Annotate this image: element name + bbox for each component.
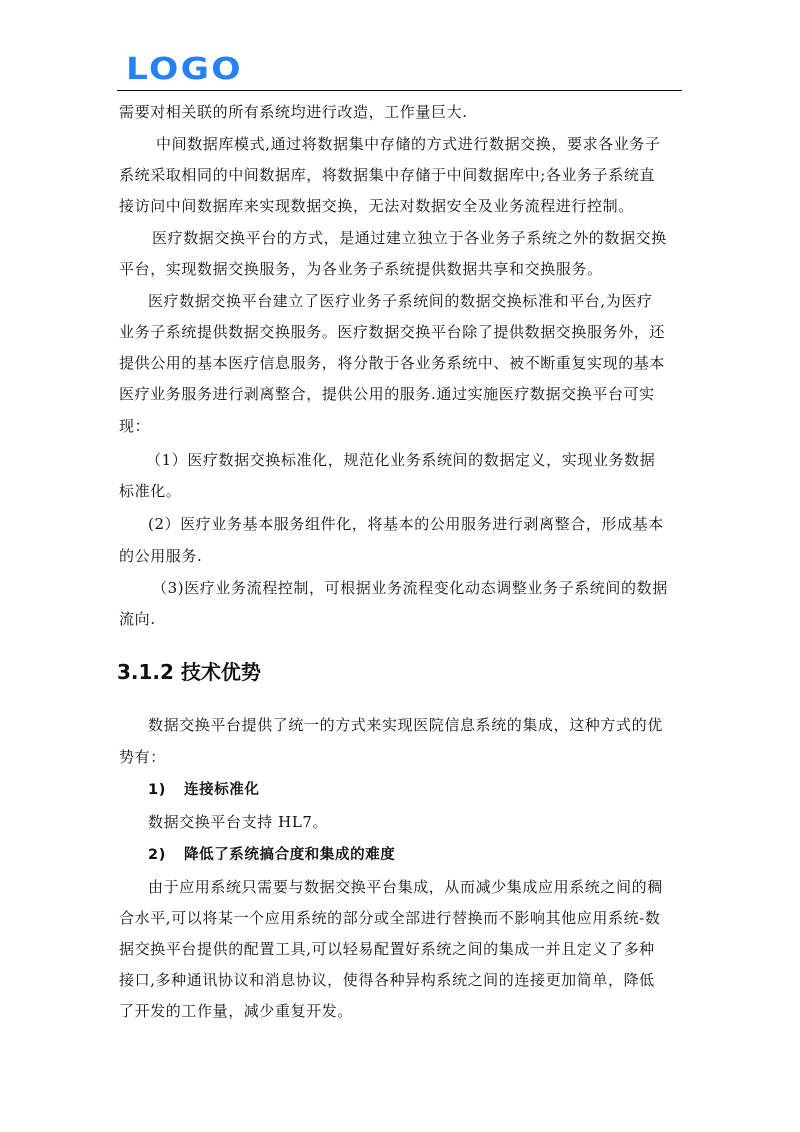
text-line: 合水平,可以将某一个应用系统的部分或全部进行替换而不影响其他应用系统-数 [119,908,660,928]
logo: LOGO [126,54,243,86]
text-line: 据交换平台提供的配置工具,可以轻易配置好系统之间的集成一并且定义了多种 [119,939,655,959]
list-item-title: 2)降低了系统搞合度和集成的难度 [148,845,395,865]
header-divider [117,90,682,91]
text-line: 系统采取相同的中间数据库，将数据集中存储于中间数据库中;各业务子系统直 [119,165,655,185]
text-line: 流向. [119,609,156,629]
text-line: 数据交换平台提供了统一的方式来实现医院信息系统的集成，这种方式的优 [148,715,663,735]
text-line: 中间数据库模式,通过将数据集中存储的方式进行数据交换，要求各业务子 [156,134,661,154]
text-line: 医疗数据交换平台建立了医疗业务子系统间的数据交换标准和平台,为医疗 [148,291,653,311]
text-line: 提供公用的基本医疗信息服务，将分散于各业务系统中、被不断重复实现的基本 [119,353,665,373]
list-item-title: 1)连接标准化 [148,780,260,800]
text-line: （3)医疗业务流程控制，可根据业务流程变化动态调整业务子系统间的数据 [152,578,668,598]
list-item-number: 1) [148,780,184,800]
text-line: 医疗业务服务进行剥离整合，提供公用的服务.通过实施医疗数据交换平台可实 [119,384,655,404]
text-line: 接口,多种通讯协议和消息协议，使得各种异构系统之间的连接更加简单，降低 [119,970,655,990]
text-line: 需要对相关联的所有系统均进行改造，工作量巨大. [119,102,468,122]
text-line: 平台，实现数据交换服务，为各业务子系统提供数据共享和交换服务。 [119,259,603,279]
list-item-label: 降低了系统搞合度和集成的难度 [184,847,395,863]
text-line: 业务子系统提供数据交换服务。医疗数据交换平台除了提供数据交换服务外，还 [119,322,665,342]
text-line: (2）医疗业务基本服务组件化，将基本的公用服务进行剥离整合，形成基本 [148,514,664,534]
text-line: 标准化。 [119,481,181,501]
text-line: （1）医疗数据交换标准化，规范化业务系统间的数据定义，实现业务数据 [146,450,655,470]
text-line: 的公用服务. [119,546,202,566]
text-line: 接访问中间数据库来实现数据交换，无法对数据安全及业务流程进行控制。 [119,196,634,216]
text-line: 现： [119,416,150,436]
text-line: 了开发的工作量，减少重复开发。 [119,1001,353,1021]
section-heading: 3.1.2 技术优势 [117,659,261,685]
text-line: 势有： [119,747,166,767]
list-item-label: 连接标准化 [184,782,260,798]
document-page: LOGO 需要对相关联的所有系统均进行改造，工作量巨大.中间数据库模式,通过将数… [0,0,800,1132]
text-line: 数据交换平台支持 HL7。 [148,812,328,832]
text-line: 医疗数据交换平台的方式，是通过建立独立于各业务子系统之外的数据交换 [152,228,667,248]
text-line: 由于应用系统只需要与数据交换平台集成，从而减少集成应用系统之间的稠 [148,877,663,897]
list-item-number: 2) [148,845,184,865]
